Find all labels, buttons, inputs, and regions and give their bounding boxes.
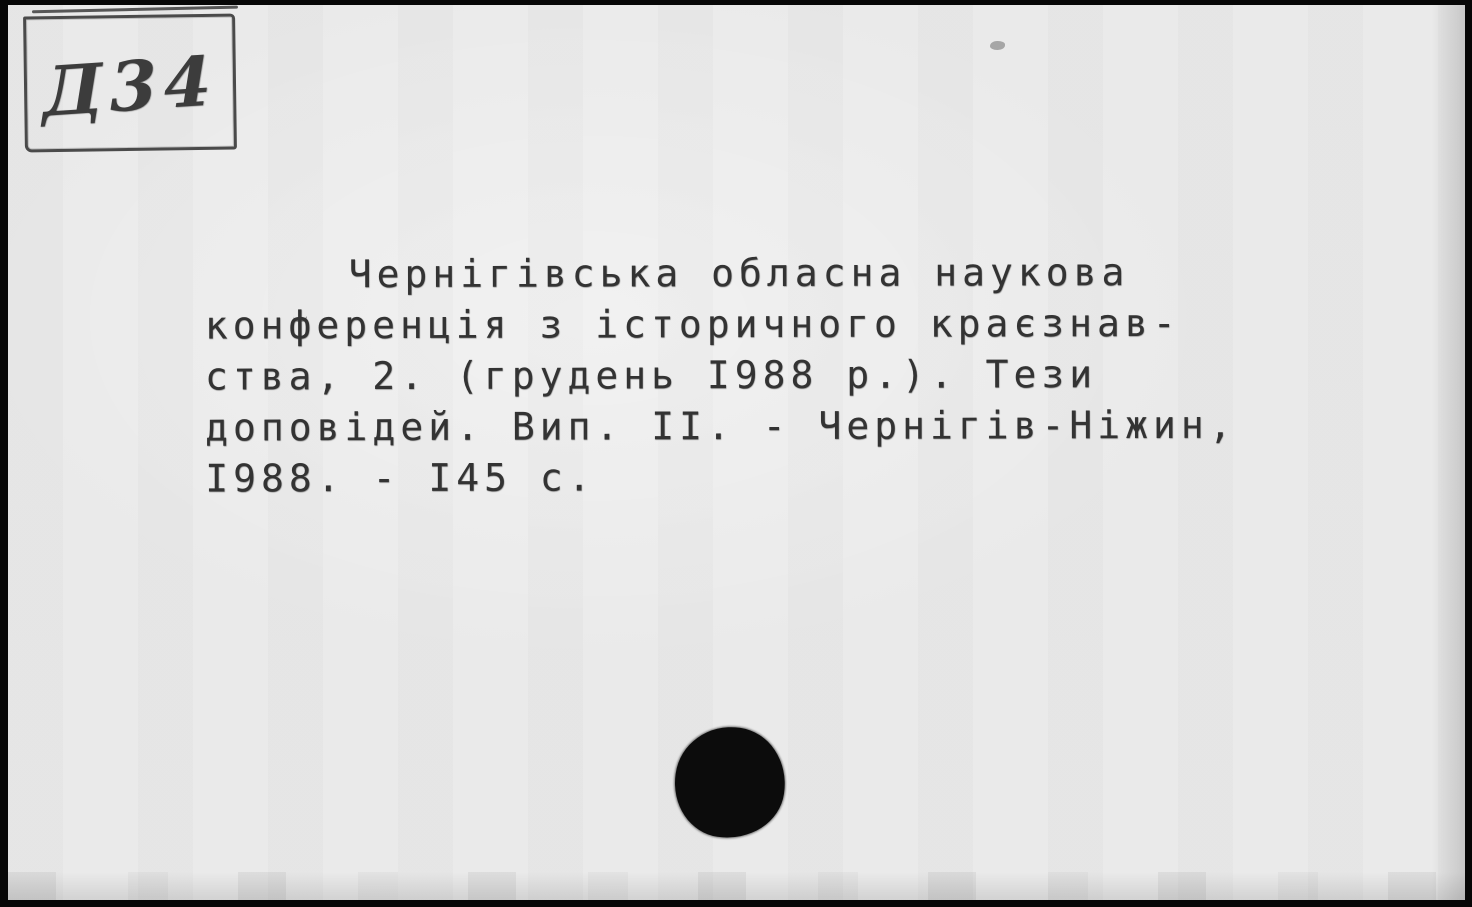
scan-shade-right bbox=[1431, 5, 1465, 900]
entry-line-4: доповідей. Вип. ІІ. - Чернігів-Ніжин, bbox=[205, 400, 1325, 454]
scanned-catalog-card-page: Д34 Чернігівська обласна наукова конфере… bbox=[0, 0, 1472, 907]
punch-hole bbox=[668, 720, 792, 845]
scan-speck bbox=[990, 41, 1005, 50]
catalog-card: Д34 Чернігівська обласна наукова конфере… bbox=[8, 5, 1465, 900]
bibliographic-entry: Чернігівська обласна наукова конференція… bbox=[205, 247, 1326, 505]
scan-noise-band bbox=[8, 872, 1465, 900]
entry-line-2: конференція з історичного краєзнав- bbox=[205, 298, 1325, 352]
entry-line-5: І988. - І45 с. bbox=[205, 451, 1325, 505]
call-number-box: Д34 bbox=[23, 14, 237, 153]
call-number: Д34 bbox=[41, 33, 219, 133]
entry-line-3: ства, 2. (грудень І988 р.). Тези bbox=[205, 349, 1325, 403]
entry-line-1: Чернігівська обласна наукова bbox=[205, 247, 1325, 301]
